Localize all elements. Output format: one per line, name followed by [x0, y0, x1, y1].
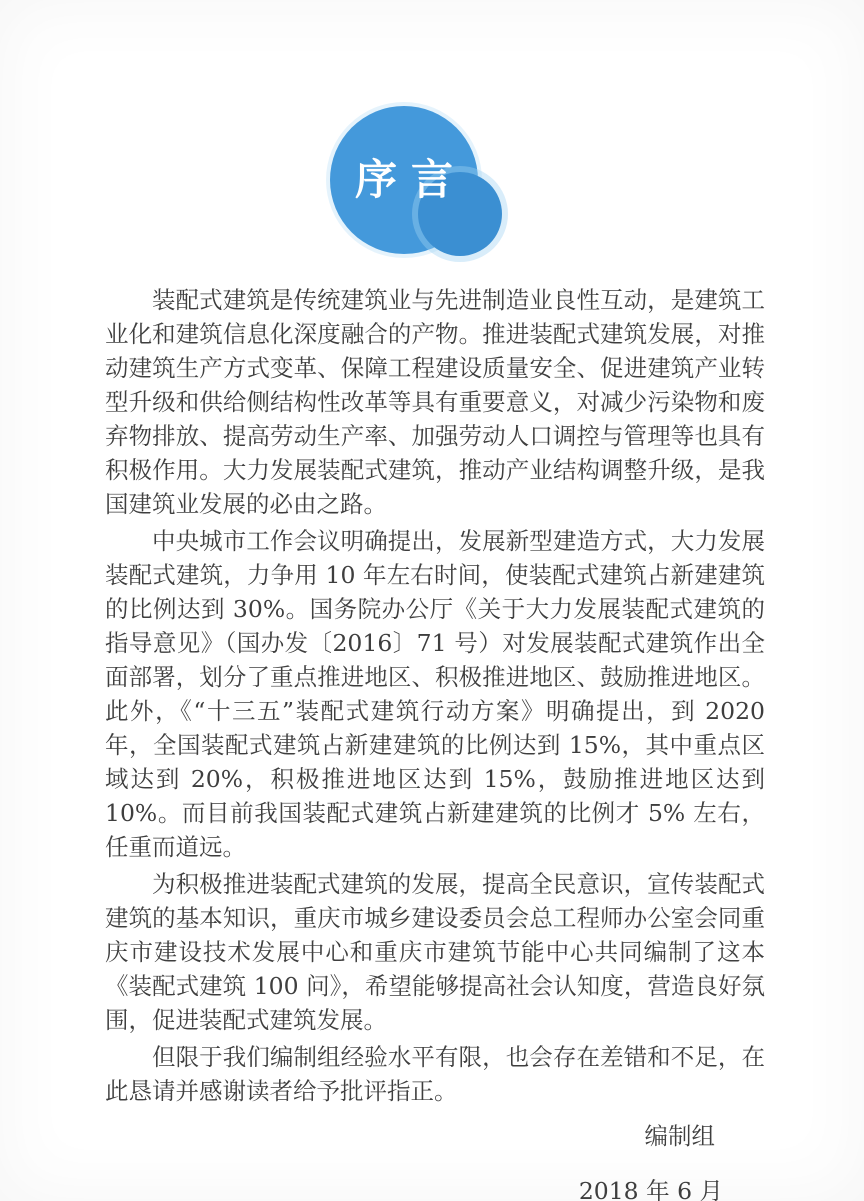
- paragraph-2: 中央城市工作会议明确提出，发展新型建造方式，大力发展装配式建筑，力争用 10 年…: [105, 524, 765, 864]
- paragraph-1: 装配式建筑是传统建筑业与先进制造业良性互动，是建筑工业化和建筑信息化深度融合的产…: [105, 283, 765, 521]
- preface-badge: 序言: [327, 103, 537, 278]
- date: 2018 年 6 月: [105, 1174, 765, 1201]
- preface-page: 序言 装配式建筑是传统建筑业与先进制造业良性互动，是建筑工业化和建筑信息化深度融…: [0, 0, 864, 1201]
- paragraph-3: 为积极推进装配式建筑的发展，提高全民意识，宣传装配式建筑的基本知识，重庆市城乡建…: [105, 867, 765, 1037]
- paragraph-4: 但限于我们编制组经验水平有限，也会存在差错和不足，在此恳请并感谢读者给予批评指正…: [105, 1040, 765, 1108]
- badge-title: 序言: [327, 156, 481, 204]
- signature: 编制组: [105, 1119, 765, 1153]
- document-body: 装配式建筑是传统建筑业与先进制造业良性互动，是建筑工业化和建筑信息化深度融合的产…: [105, 283, 765, 1201]
